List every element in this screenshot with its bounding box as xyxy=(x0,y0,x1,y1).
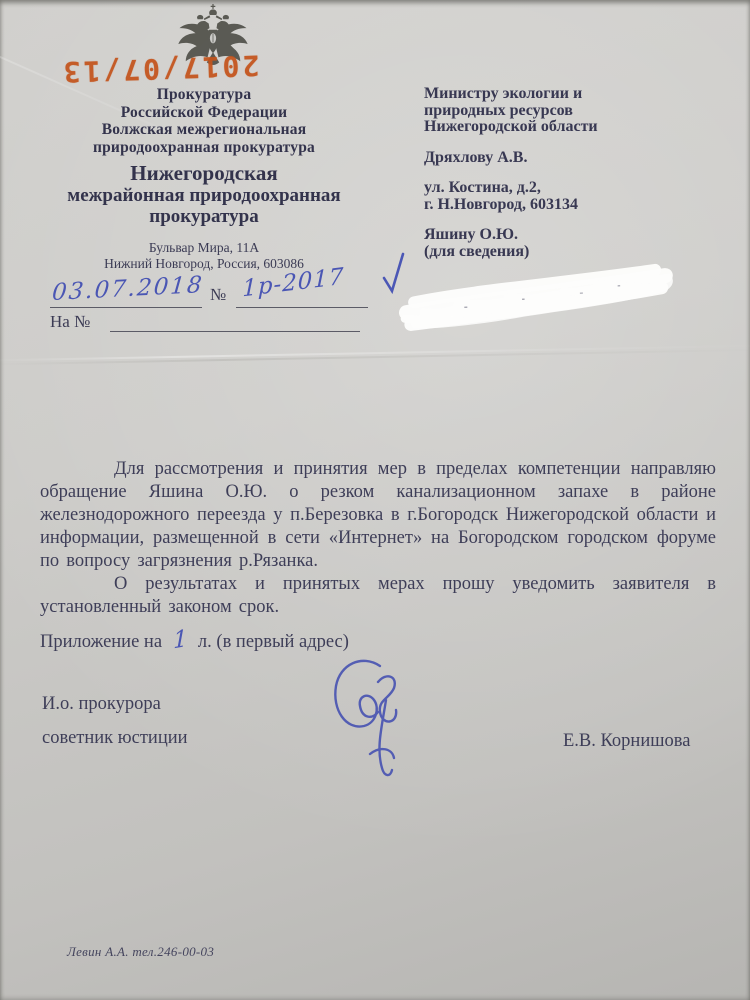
signer-name: Е.В. Корнишова xyxy=(563,731,690,752)
letter-body: Для рассмотрения и принятия мер в предел… xyxy=(40,458,716,619)
recipient-org-line: природных ресурсов xyxy=(424,103,674,120)
recipient-org-line: Министру экологии и xyxy=(424,86,674,103)
recipient-block: Министру экологии и природных ресурсов Н… xyxy=(424,86,674,274)
scanned-letter-photo: 2017/07/13 Прокуратура Российской Федера… xyxy=(0,0,750,1000)
letterhead-org-line: Прокуратура xyxy=(38,86,370,104)
whiteout-scribble xyxy=(393,253,686,341)
recipient-person2-name: Яшину О.Ю. xyxy=(424,227,674,244)
letterhead-org-line: природоохранная прокуратура xyxy=(38,139,370,157)
recipient-address-line: ул. Костина, д.2, xyxy=(424,180,674,197)
number-underline xyxy=(236,307,368,308)
number-sign-label: № xyxy=(210,285,226,305)
date-underline xyxy=(50,307,202,308)
recipient-address-line: г. Н.Новгород, 603134 xyxy=(424,197,674,214)
signer-title-line2: советник юстиции xyxy=(42,728,188,749)
attachment-prefix: Приложение на xyxy=(40,632,162,652)
recipient-org-line: Нижегородской области xyxy=(424,119,674,136)
incoming-reference-label: На № xyxy=(50,312,90,331)
body-paragraph-1: Для рассмотрения и принятия мер в предел… xyxy=(40,458,716,573)
letterhead-org-line: Российской Федерации xyxy=(38,104,370,122)
recipient-person1: Дряхлову А.В. xyxy=(424,150,674,167)
attachment-suffix: л. (в первый адрес) xyxy=(198,632,349,652)
letterhead-address-line1: Бульвар Мира, 11А xyxy=(38,240,370,256)
attachment-line: Приложение на 1 л. (в первый адрес) xyxy=(40,627,349,653)
signer-title-line1: И.о. прокурора xyxy=(42,694,161,715)
recipient-address: ул. Костина, д.2, г. Н.Новгород, 603134 xyxy=(424,180,674,213)
paper-crease xyxy=(0,349,750,366)
body-paragraph-2: О результатах и принятых мерах прошу уве… xyxy=(40,573,716,619)
incoming-reference-line: На № xyxy=(50,312,364,336)
incoming-reference-underline xyxy=(110,331,360,332)
handwritten-signature xyxy=(320,656,435,784)
recipient-organization: Министру экологии и природных ресурсов Н… xyxy=(424,86,674,136)
paper-crease xyxy=(0,345,750,362)
handwritten-attachment-count: 1 xyxy=(173,626,187,655)
handwritten-date: 03.07.2018 xyxy=(51,272,205,306)
letterhead-org-name-sub: прокуратура xyxy=(38,206,370,227)
letterhead-org-name-main: Нижегородская xyxy=(38,161,370,185)
letterhead: Прокуратура Российской Федерации Волжска… xyxy=(38,86,370,272)
letterhead-org-name-sub: межрайонная природоохранная xyxy=(38,185,370,206)
letterhead-org-line: Волжская межрегиональная xyxy=(38,121,370,139)
executor-contact: Левин А.А. тел.246-00-03 xyxy=(67,944,214,960)
date-stamp-inverted: 2017/07/13 xyxy=(57,48,262,88)
